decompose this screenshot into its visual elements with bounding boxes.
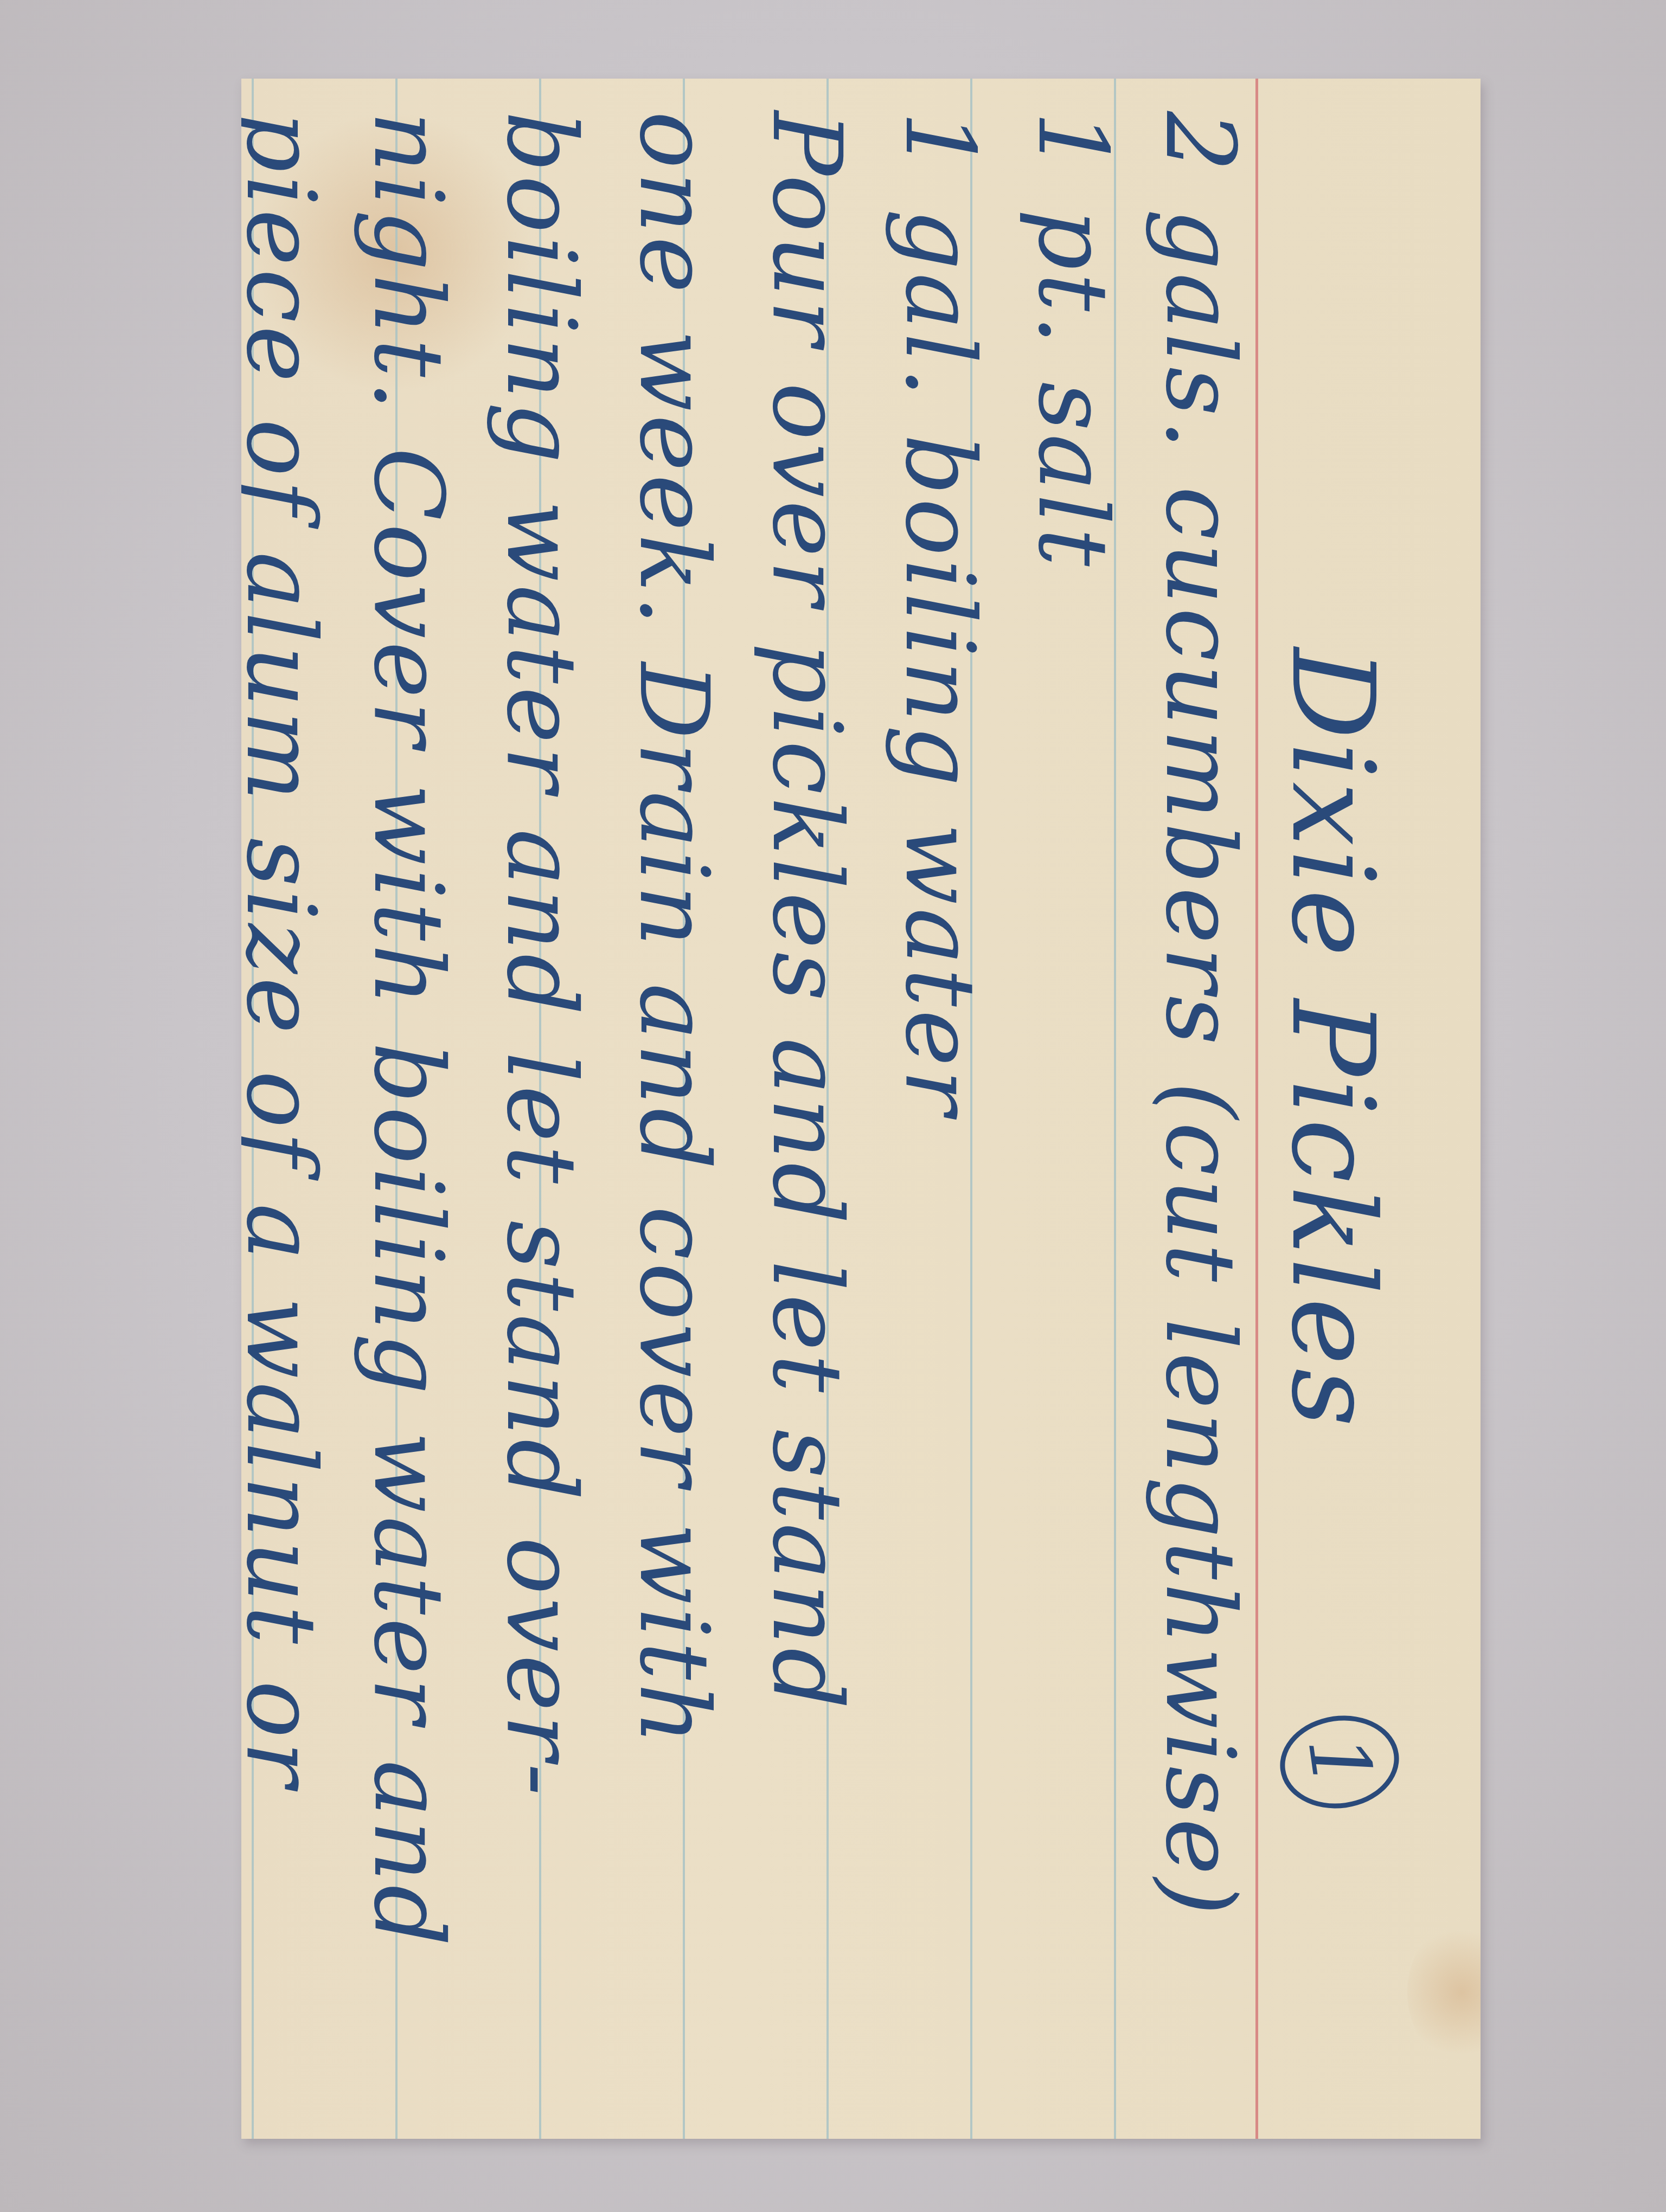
page-number-circled: 1 xyxy=(1274,1708,1405,1816)
recipe-line: 1 pt. salt xyxy=(1017,111,1128,569)
card-content: Dixie Pickles 1 2 gals. cucumbers (cut l… xyxy=(241,79,1481,2139)
recipe-line: 2 gals. cucumbers (cut lengthwise) xyxy=(1144,111,1255,1919)
recipe-line: 1 gal. boiling water xyxy=(884,111,995,1118)
recipe-card: Dixie Pickles 1 2 gals. cucumbers (cut l… xyxy=(241,79,1481,2139)
margin-line xyxy=(1255,79,1258,2139)
recipe-line: boiling water and let stand over- xyxy=(485,111,597,1799)
recipe-title: Dixie Pickles xyxy=(1266,648,1399,1430)
recipe-line: piece of alum size of a walnut or xyxy=(241,111,336,1790)
recipe-line: Pour over pickles and let stand xyxy=(751,111,862,1712)
recipe-line: night. Cover with boiling water and xyxy=(353,111,464,1949)
recipe-line: one week. Drain and cover with xyxy=(618,111,729,1748)
